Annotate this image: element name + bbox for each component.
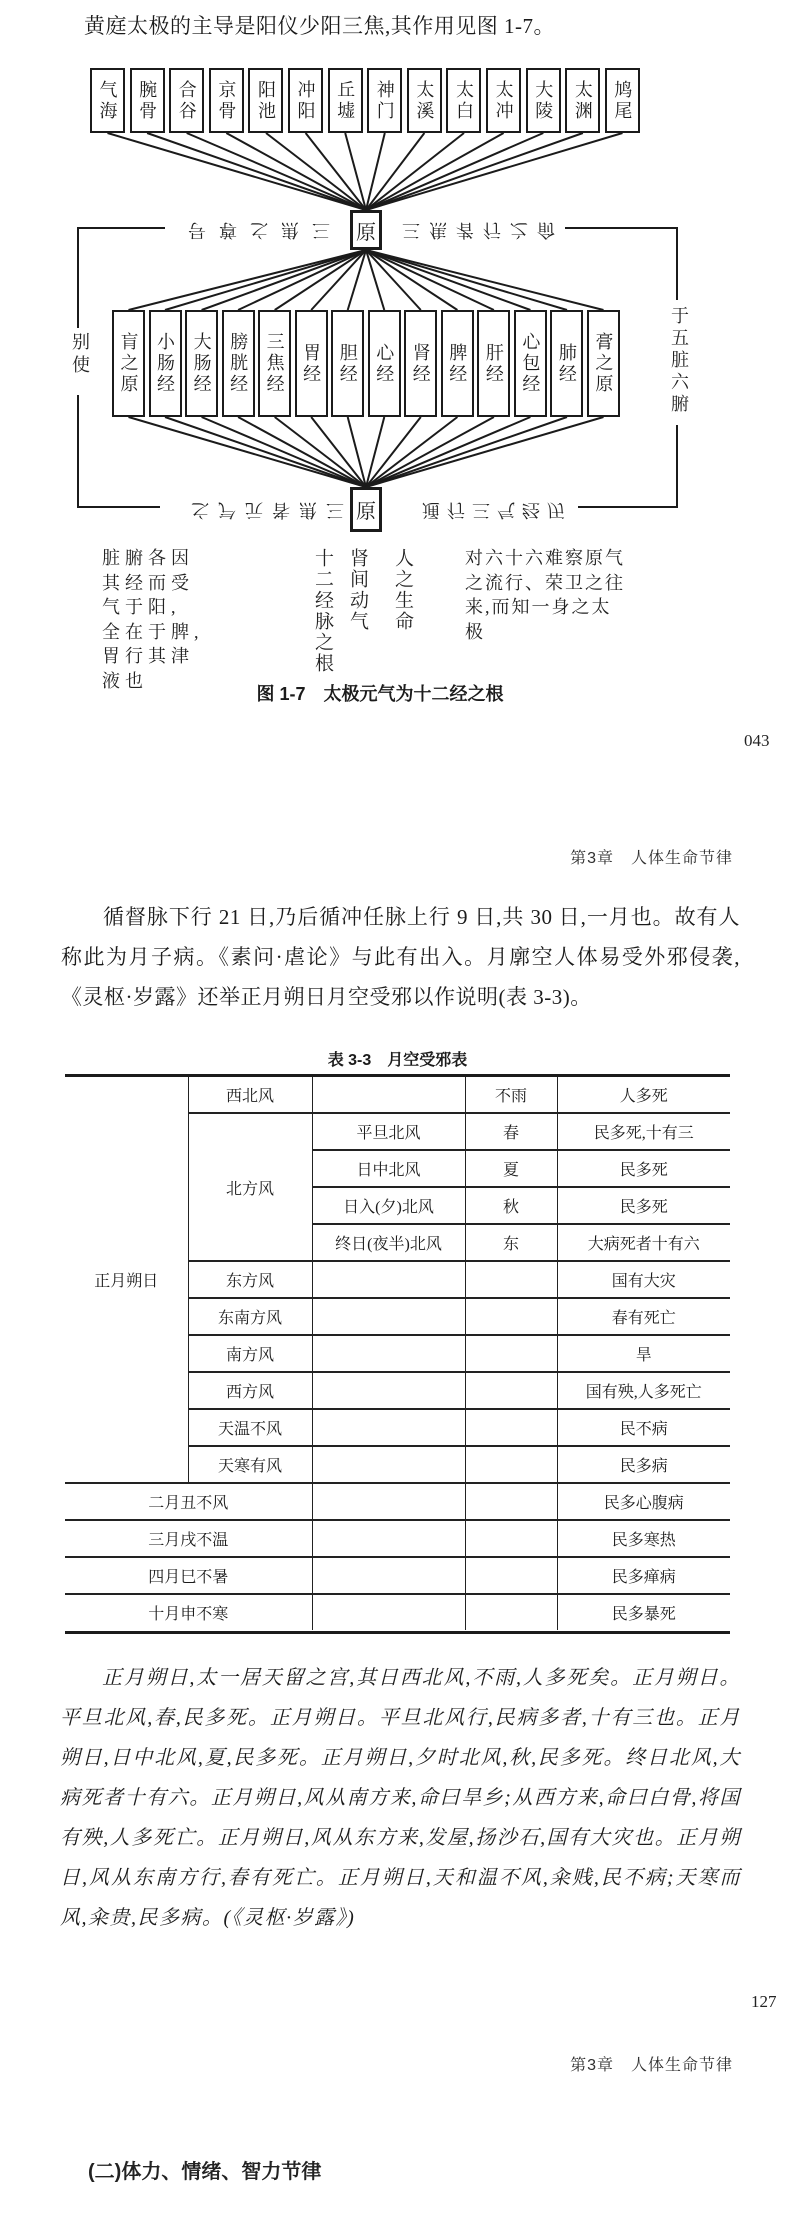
acupoint-label: 大陵	[530, 80, 556, 122]
cell-wind: 西方风	[188, 1372, 312, 1409]
meridian-box: 膏之原	[587, 310, 620, 417]
cell-wind: 天寒有风	[188, 1446, 312, 1483]
cell-season	[465, 1557, 557, 1594]
cell-result: 国有大灾	[557, 1261, 730, 1298]
table-title: 表 3-3 月空受邪表	[65, 1047, 730, 1070]
yuan-box-upper: 原	[350, 210, 382, 250]
meridian-box: 胆经	[331, 310, 364, 417]
cell-month: 四月巳不暑	[65, 1557, 312, 1594]
cell-season	[465, 1594, 557, 1630]
running-head-2: 第3章 人体生命节律	[380, 2052, 733, 2075]
acupoint-label: 京骨	[213, 80, 239, 122]
acupoint-label: 鸠尾	[609, 80, 635, 122]
cell-time	[312, 1261, 465, 1298]
cell-result: 民多心腹病	[557, 1483, 730, 1520]
cell-season	[465, 1520, 557, 1557]
acupoint-label: 太白	[451, 80, 477, 122]
meridian-box: 心包经	[514, 310, 547, 417]
cell-result: 民多死	[557, 1150, 730, 1187]
acupoint-box: 气海	[90, 68, 125, 133]
meridian-label: 肾经	[408, 343, 434, 385]
acupoint-box: 合谷	[169, 68, 204, 133]
book-page: 黄庭太极的主导是阳仪少阳三焦,其作用见图 1-7。	[0, 0, 801, 2219]
meridian-label: 膀胱经	[225, 332, 251, 395]
running-head: 第3章 人体生命节律	[380, 845, 733, 868]
cell-season: 秋	[465, 1187, 557, 1224]
cell-wind: 南方风	[188, 1335, 312, 1372]
cell-season	[465, 1409, 557, 1446]
table-bottom-rule	[65, 1631, 730, 1634]
meridian-label: 脾经	[444, 343, 470, 385]
meridian-box: 肾经	[404, 310, 437, 417]
cell-season	[465, 1446, 557, 1483]
figure-caption: 图 1-7 太极元气为十二经之根	[50, 680, 710, 706]
acupoint-box: 阳池	[248, 68, 283, 133]
meridian-box: 肓之原	[112, 310, 145, 417]
cell-result: 春有死亡	[557, 1298, 730, 1335]
cell-wind: 东方风	[188, 1261, 312, 1298]
cell-time	[312, 1594, 465, 1630]
cell-result: 国有殃,人多死亡	[557, 1372, 730, 1409]
cell-result: 大病死者十有六	[557, 1224, 730, 1261]
cell-time	[312, 1483, 465, 1520]
cell-season	[465, 1298, 557, 1335]
cell-time: 终日(夜半)北风	[312, 1224, 465, 1261]
moon-void-table-wrap: 正月朔日西北风不雨人多死 北方风平旦北风春民多死,十有三 日中北风夏民多死 日入…	[65, 1077, 730, 1630]
cell-result: 民多瘅病	[557, 1557, 730, 1594]
cell-month: 三月戌不温	[65, 1520, 312, 1557]
meridian-box: 肺经	[550, 310, 583, 417]
meridian-box: 小肠经	[149, 310, 182, 417]
acupoint-label: 太渊	[570, 80, 596, 122]
cell-month: 十月申不寒	[65, 1594, 312, 1630]
acupoint-row: 气海 腕骨 合谷 京骨 阳池 冲阳 丘墟 神门 太溪 太白 太冲 大陵 太渊 鸠…	[90, 68, 640, 133]
meridian-label: 胆经	[335, 343, 361, 385]
section-heading: (二)体力、情绪、智力节律	[88, 2155, 321, 2184]
cell-time: 日中北风	[312, 1150, 465, 1187]
cell-wind: 天温不风	[188, 1409, 312, 1446]
cell-time	[312, 1520, 465, 1557]
label-tongxing-sanqi: 通行三气经历	[422, 498, 572, 524]
meridian-box: 脾经	[441, 310, 474, 417]
note-twelve-meridians-root: 十二经脉之根	[309, 548, 336, 700]
acupoint-box: 神门	[367, 68, 402, 133]
table-row: 正月朔日西北风不雨人多死	[65, 1077, 730, 1113]
cell-season: 夏	[465, 1150, 557, 1187]
cell-time: 平旦北风	[312, 1113, 465, 1150]
cell-wind: 东南方风	[188, 1298, 312, 1335]
meridian-box: 心经	[368, 310, 401, 417]
body-paragraph: 循督脉下行 21 日,乃后循冲任脉上行 9 日,共 30 日,一月也。故有人称此…	[61, 897, 740, 1017]
cell-result: 民多病	[557, 1446, 730, 1483]
label-sanjiao-xing-shu: 三焦者行之俞	[402, 218, 564, 244]
moon-void-table: 正月朔日西北风不雨人多死 北方风平旦北风春民多死,十有三 日中北风夏民多死 日入…	[65, 1077, 730, 1630]
acupoint-box: 大陵	[526, 68, 561, 133]
acupoint-box: 太冲	[486, 68, 521, 133]
table-row: 四月巳不暑民多瘅病	[65, 1557, 730, 1594]
figure-1-7: 气海 腕骨 合谷 京骨 阳池 冲阳 丘墟 神门 太溪 太白 太冲 大陵 太渊 鸠…	[50, 60, 750, 720]
cell-season: 不雨	[465, 1077, 557, 1113]
meridian-box: 肝经	[477, 310, 510, 417]
label-sanjiao-zunhao: 三焦之尊号	[170, 218, 330, 244]
cell-month: 正月朔日	[65, 1077, 188, 1483]
acupoint-box: 太溪	[407, 68, 442, 133]
note-zangfu: 脏腑各因 其经而受 气于阳, 全在于脾, 胃行其津 液也	[102, 546, 216, 693]
meridian-label: 肝经	[481, 343, 507, 385]
cell-result: 民多死	[557, 1187, 730, 1224]
label-bieshi: 别使	[67, 332, 93, 396]
meridian-label: 心经	[371, 343, 397, 385]
lingshu-quote: 正月朔日,太一居天留之宫,其日西北风,不雨,人多死矣。正月朔日。平旦北风,春,民…	[60, 1658, 741, 1938]
acupoint-box: 腕骨	[130, 68, 165, 133]
acupoint-box: 京骨	[209, 68, 244, 133]
meridian-label: 肓之原	[116, 332, 142, 395]
cell-result: 人多死	[557, 1077, 730, 1113]
cell-time	[312, 1372, 465, 1409]
meridian-label: 胃经	[298, 343, 324, 385]
cell-result: 旱	[557, 1335, 730, 1372]
cell-season	[465, 1335, 557, 1372]
yuan-box-lower: 原	[350, 487, 382, 532]
cell-time	[312, 1557, 465, 1594]
note-renzhi-shengming: 人之生命	[389, 548, 416, 652]
page-number-043: 043	[744, 731, 770, 751]
cell-month: 二月丑不风	[65, 1483, 312, 1520]
acupoint-box: 太渊	[565, 68, 600, 133]
cell-season	[465, 1372, 557, 1409]
cell-time	[312, 1446, 465, 1483]
acupoint-label: 神门	[372, 80, 398, 122]
table-row: 二月丑不风民多心腹病	[65, 1483, 730, 1520]
cell-season: 春	[465, 1113, 557, 1150]
cell-time: 日入(夕)北风	[312, 1187, 465, 1224]
note-sixty-six-difficulty: 对六十六难察原气 之流行、荣卫之往 来,而知一身之太 极	[465, 546, 641, 644]
cell-result: 民多寒热	[557, 1520, 730, 1557]
acupoint-label: 丘墟	[332, 80, 358, 122]
acupoint-label: 冲阳	[293, 80, 319, 122]
meridian-row: 肓之原 小肠经 大肠经 膀胱经 三焦经 胃经 胆经 心经 肾经 脾经 肝经 心包…	[112, 310, 620, 417]
acupoint-label: 腕骨	[134, 80, 160, 122]
cell-wind: 北方风	[188, 1113, 312, 1261]
intro-paragraph: 黄庭太极的主导是阳仪少阳三焦,其作用见图 1-7。	[84, 6, 744, 46]
table-row: 十月申不寒民多暴死	[65, 1594, 730, 1630]
meridian-box: 膀胱经	[222, 310, 255, 417]
page-number-127: 127	[751, 1992, 777, 2012]
acupoint-label: 合谷	[174, 80, 200, 122]
meridian-label: 肺经	[554, 343, 580, 385]
note-shenjian-dongqi: 肾间动气	[344, 548, 371, 652]
acupoint-label: 阳池	[253, 80, 279, 122]
meridian-label: 三焦经	[262, 332, 288, 395]
meridian-box: 三焦经	[258, 310, 291, 417]
cell-season	[465, 1261, 557, 1298]
meridian-box: 大肠经	[185, 310, 218, 417]
meridian-label: 膏之原	[590, 332, 616, 395]
cell-result: 民多暴死	[557, 1594, 730, 1630]
label-yu-wuzang-liufu: 于五脏六腑	[666, 306, 692, 428]
table-row: 三月戌不温民多寒热	[65, 1520, 730, 1557]
label-sanjiao-yuanqi: 三焦者元气之	[176, 498, 344, 524]
cell-time	[312, 1298, 465, 1335]
acupoint-box: 太白	[446, 68, 481, 133]
cell-season	[465, 1483, 557, 1520]
cell-time	[312, 1077, 465, 1113]
cell-wind: 西北风	[188, 1077, 312, 1113]
cell-result: 民多死,十有三	[557, 1113, 730, 1150]
meridian-box: 胃经	[295, 310, 328, 417]
meridian-label: 大肠经	[189, 332, 215, 395]
acupoint-label: 太溪	[411, 80, 437, 122]
cell-time	[312, 1409, 465, 1446]
meridian-label: 心包经	[517, 332, 543, 395]
meridian-label: 小肠经	[152, 332, 178, 395]
cell-result: 民不病	[557, 1409, 730, 1446]
cell-time	[312, 1335, 465, 1372]
cell-season: 东	[465, 1224, 557, 1261]
acupoint-box: 鸠尾	[605, 68, 640, 133]
acupoint-label: 太冲	[491, 80, 517, 122]
acupoint-label: 气海	[95, 80, 121, 122]
acupoint-box: 丘墟	[328, 68, 363, 133]
acupoint-box: 冲阳	[288, 68, 323, 133]
